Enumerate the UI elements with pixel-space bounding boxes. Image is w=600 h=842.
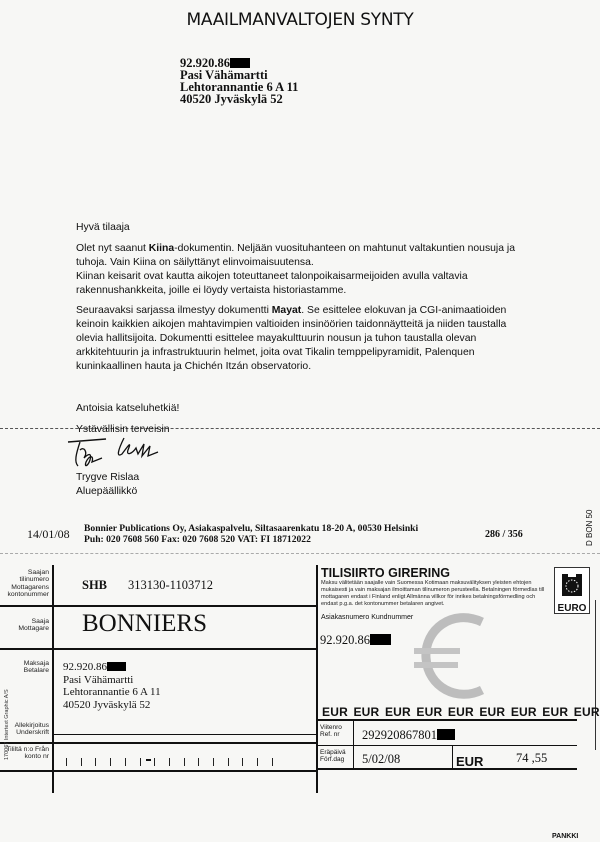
document-title: MAAILMANVALTOJEN SYNTY	[0, 10, 600, 30]
printer-code: 170067 Intertext Graphic A/S	[4, 689, 10, 760]
signer-name: Trygve Rislaa	[76, 471, 536, 485]
due-date-label: Eräpäivä Förf.dag	[320, 749, 350, 763]
account-number: 313130-1103712	[128, 578, 213, 593]
digit-separator	[184, 758, 185, 766]
digit-separator	[125, 758, 126, 766]
reference-value: 292920867801	[362, 728, 437, 742]
ref-label-divider	[353, 720, 354, 769]
giro-notice: Maksu välitetään saajalle vain Suomessa …	[321, 580, 551, 608]
reference-label: Viitenro Ref. nr	[320, 724, 350, 738]
signer-title: Aluepäällikkö	[76, 485, 536, 499]
letter-regards: Ystävällisin terveisin	[76, 423, 536, 437]
euro-logo: EURO	[554, 567, 590, 614]
digit-separator	[198, 758, 199, 766]
amount-field[interactable]: 74 ,55	[516, 751, 547, 766]
payee-name: BONNIERS	[82, 610, 207, 638]
digit-separator	[272, 758, 273, 766]
currency-row: EUR EUR EUR EUR EUR EUR EUR EUR EUR	[322, 705, 600, 719]
euro-watermark-icon	[412, 612, 492, 707]
due-date-field[interactable]: 5/02/08	[362, 752, 400, 767]
payer-customer-number: 92.920.86	[63, 661, 107, 673]
digit-separator	[169, 758, 170, 766]
row-divider	[0, 742, 318, 744]
amount-divider	[452, 746, 453, 769]
payer-postal: 40520 Jyväskylä 52	[63, 699, 161, 712]
row-divider	[0, 648, 318, 650]
payer-name: Pasi Vähämartti	[63, 674, 161, 687]
letter-closing: Antoisia katseluhetkiä!	[76, 402, 536, 416]
letter-paragraph-1: Olet nyt saanut Kiina-dokumentin. Neljää…	[76, 242, 536, 298]
digit-separator	[110, 758, 111, 766]
redaction-block	[230, 58, 250, 68]
payer-street: Lehtorannantie 6 A 11	[63, 686, 161, 699]
payer-address: 92.920.86 Pasi Vähämartti Lehtorannantie…	[63, 661, 161, 711]
redaction-block	[370, 634, 391, 645]
digit-separator	[257, 758, 258, 766]
company-info: Bonnier Publications Oy, Asiakaspalvelu,…	[84, 523, 418, 545]
giro-heading: TILISIIRTO GIRERING	[321, 566, 450, 580]
amount-currency: EUR	[456, 754, 483, 769]
row-divider	[0, 605, 318, 607]
p1-text: Olet nyt saanut	[76, 243, 149, 254]
document-code: D BON 50	[585, 510, 594, 546]
letter-greeting: Hyvä tilaaja	[76, 221, 536, 235]
p1-line2: Kiinan keisarit ovat kautta aikojen tote…	[76, 270, 536, 298]
letter-date: 14/01/08	[27, 527, 70, 542]
signature	[66, 436, 176, 472]
euro-stars-icon	[559, 571, 585, 599]
digit-separator	[81, 758, 82, 766]
row-divider	[317, 745, 577, 746]
euro-logo-text: EURO	[555, 604, 589, 614]
reference-field[interactable]: 292920867801	[362, 728, 455, 743]
from-account-input[interactable]	[66, 758, 316, 768]
perforation-line	[0, 553, 600, 554]
redaction-block	[437, 729, 455, 740]
bank-name: SHB	[82, 578, 107, 593]
label-column-divider	[52, 565, 54, 793]
p1-bold: Kiina	[149, 243, 174, 254]
customer-number-value: 92.920.86	[320, 633, 370, 647]
customer-number-label: Asiakasnumero Kundnummer	[321, 614, 413, 622]
form-center-divider	[316, 565, 318, 793]
bank-label: PANKKI	[552, 833, 578, 840]
account-dash	[146, 759, 151, 761]
p2-text: Seuraavaksi sarjassa ilmestyy dokumentti	[76, 305, 272, 316]
row-divider	[317, 768, 577, 770]
digit-separator	[66, 758, 67, 766]
p2-bold: Mayat	[272, 305, 301, 316]
payee-label: Saaja Mottagare	[2, 618, 49, 633]
digit-separator	[242, 758, 243, 766]
form-right-border	[595, 600, 596, 750]
redaction-block	[107, 662, 126, 671]
company-line-2: Puh: 020 7608 560 Fax: 020 7608 520 VAT:…	[84, 534, 418, 545]
digit-separator	[95, 758, 96, 766]
giro-customer-number: 92.920.86	[320, 633, 391, 648]
account-label: Saajan tilinumero Mottagarens kontonumme…	[2, 569, 49, 599]
letter-paragraph-2: Seuraavaksi sarjassa ilmestyy dokumentti…	[76, 304, 536, 374]
recipient-address: 92.920.86 Pasi Vähämartti Lehtorannantie…	[180, 57, 298, 105]
recipient-postal: 40520 Jyväskylä 52	[180, 93, 298, 105]
digit-separator	[228, 758, 229, 766]
row-divider	[0, 770, 318, 772]
digit-separator	[140, 758, 141, 766]
company-line-1: Bonnier Publications Oy, Asiakaspalvelu,…	[84, 523, 418, 534]
row-divider	[317, 719, 577, 721]
signature-line	[53, 734, 317, 735]
digit-separator	[154, 758, 155, 766]
digit-separator	[213, 758, 214, 766]
page-counter: 286 / 356	[485, 529, 523, 540]
payer-label: Maksaja Betalare	[2, 660, 49, 675]
